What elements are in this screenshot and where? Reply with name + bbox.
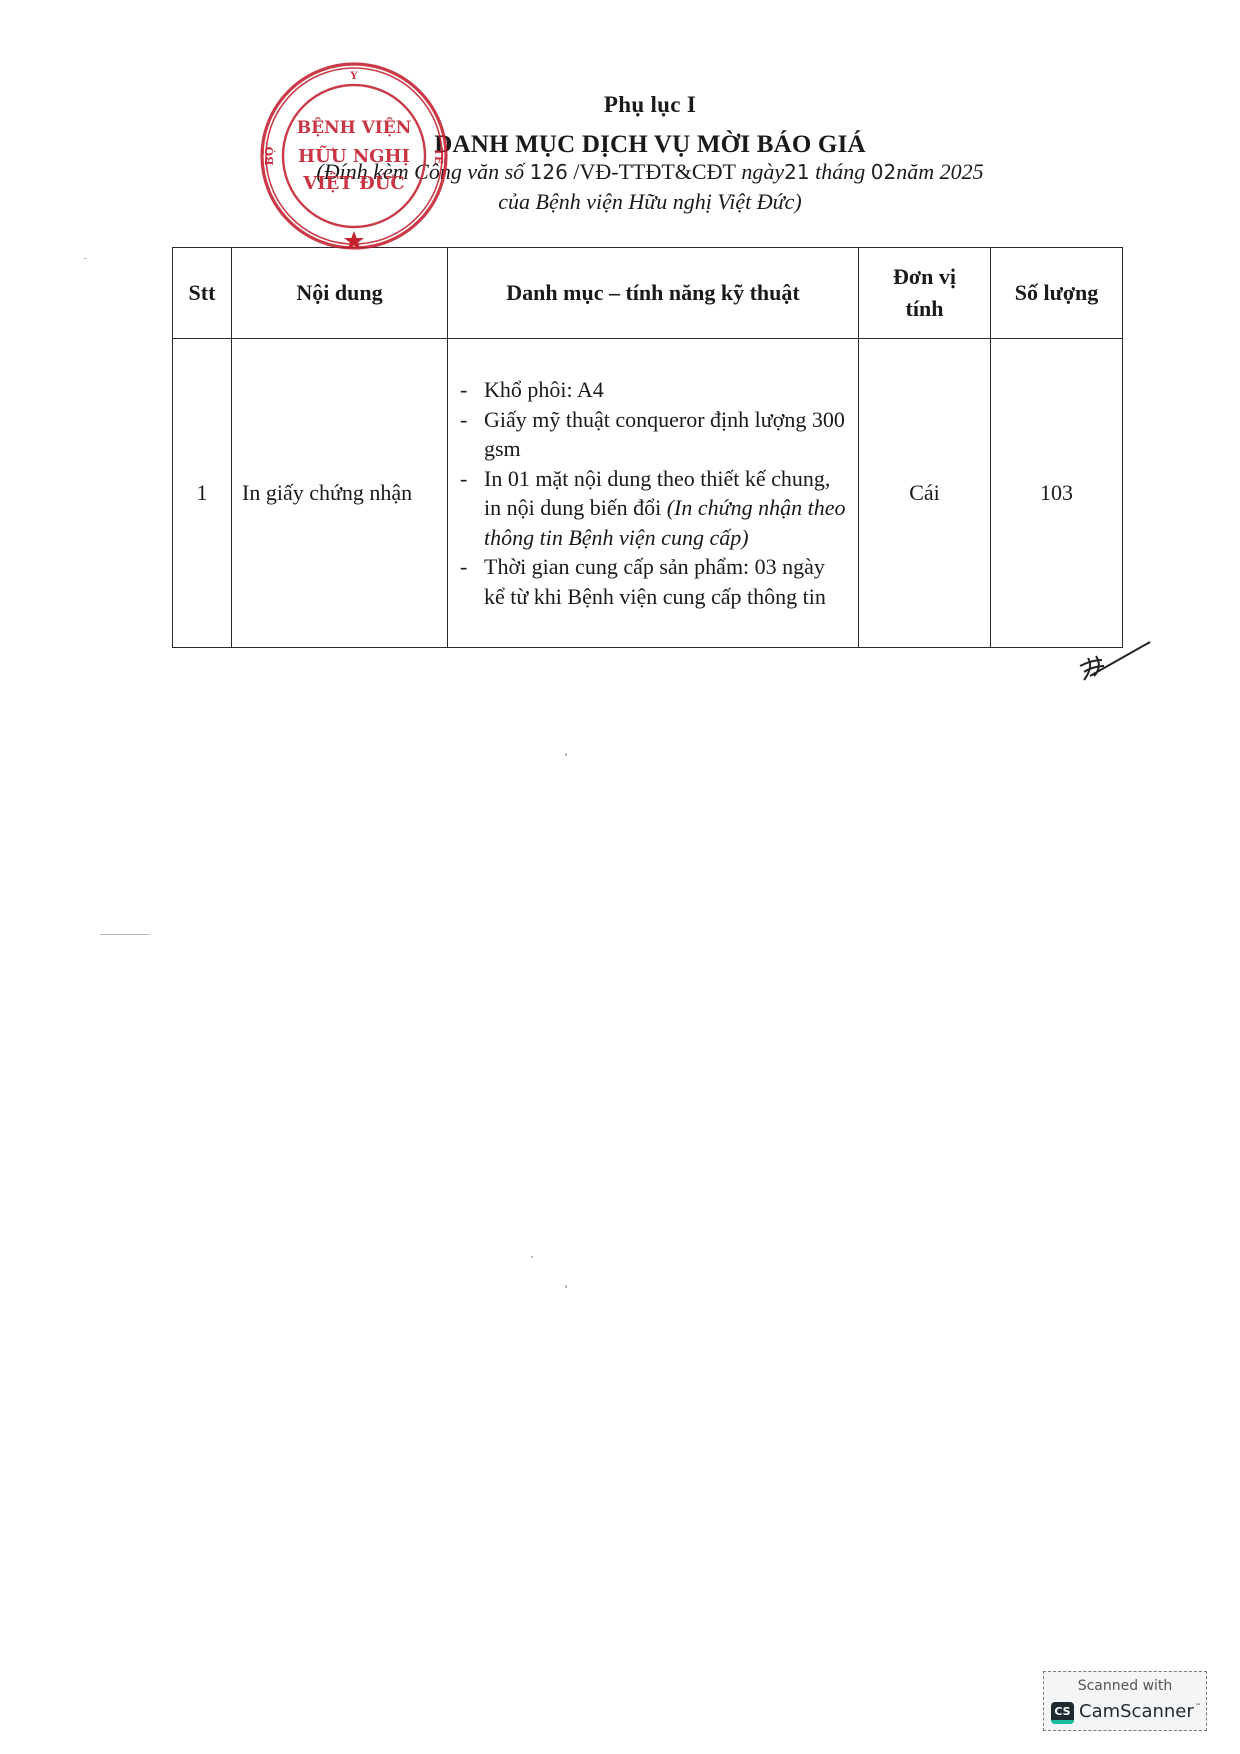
month-label: tháng xyxy=(815,159,865,184)
year-label: năm 2025 xyxy=(896,159,983,184)
spec-item: In 01 mặt nội dung theo thiết kế chung, … xyxy=(460,464,848,553)
stamp-line-1: BỆNH VIỆN xyxy=(297,117,411,138)
header-unit: Đơn vị tính xyxy=(859,248,991,339)
cell-stt: 1 xyxy=(173,339,232,648)
header-stt: Stt xyxy=(173,248,232,339)
scan-artifact xyxy=(531,1256,533,1258)
header-unit-line2: tính xyxy=(859,293,990,325)
scan-artifact xyxy=(565,753,567,756)
spec-item-text: Thời gian cung cấp sản phẩm: 03 ngày kể … xyxy=(484,554,826,609)
cell-spec: Khổ phôi: A4Giấy mỹ thuật conqueror định… xyxy=(448,339,859,648)
header-unit-line1: Đơn vị xyxy=(859,261,990,293)
table-row: 1 In giấy chứng nhận Khổ phôi: A4Giấy mỹ… xyxy=(173,339,1123,648)
cell-unit: Cái xyxy=(859,339,991,648)
appendix-label: Phụ lục I xyxy=(540,92,760,118)
handwritten-initial-icon xyxy=(1070,636,1154,684)
header-content: Nội dung xyxy=(232,248,448,339)
header-quantity: Số lượng xyxy=(991,248,1123,339)
stamp-left-text: BỘ xyxy=(261,146,276,165)
cell-content: In giấy chứng nhận xyxy=(232,339,448,648)
stamp-right-text: TẾ xyxy=(432,148,447,165)
spec-item: Thời gian cung cấp sản phẩm: 03 ngày kể … xyxy=(460,552,848,611)
hospital-stamp-icon: BỆNH VIỆN HỮU NGHỊ VIỆT ĐỨC Y BỘ TẾ xyxy=(258,60,450,252)
trademark-symbol: ™ xyxy=(1195,1703,1201,1710)
spec-item: Giấy mỹ thuật conqueror định lượng 300 g… xyxy=(460,405,848,464)
camscanner-brand: CamScanner xyxy=(1079,1701,1194,1722)
scan-artifact xyxy=(100,934,150,935)
stamp-top-text: Y xyxy=(349,71,358,82)
spec-item: Khổ phôi: A4 xyxy=(460,375,848,405)
handwritten-day: 21 xyxy=(784,160,809,184)
day-label: ngày xyxy=(741,159,784,184)
table-header-row: Stt Nội dung Danh mục – tính năng kỹ thu… xyxy=(173,248,1123,339)
camscanner-watermark: Scanned with CS CamScanner ™ xyxy=(1043,1671,1207,1731)
stamp-line-2: HỮU NGHỊ xyxy=(298,144,410,167)
handwritten-month: 02 xyxy=(871,160,896,184)
spec-item-text: Giấy mỹ thuật conqueror định lượng 300 g… xyxy=(484,407,845,462)
doc-code: /VĐ-TTĐT&CĐT xyxy=(573,159,736,184)
scan-artifact xyxy=(565,1285,567,1288)
document-title: DANH MỤC DỊCH VỤ MỜI BÁO GIÁ xyxy=(420,131,880,159)
handwritten-doc-number: 126 xyxy=(530,160,568,184)
cell-quantity: 103 xyxy=(991,339,1123,648)
scanned-with-label: Scanned with xyxy=(1044,1678,1206,1694)
header-spec: Danh mục – tính năng kỹ thuật xyxy=(448,248,859,339)
issuer-line: của Bệnh viện Hữu nghị Việt Đức) xyxy=(420,189,880,215)
stamp-line-3: VIỆT ĐỨC xyxy=(302,171,405,194)
spec-item-text: Khổ phôi: A4 xyxy=(484,377,604,402)
scan-artifact xyxy=(84,258,87,259)
spec-list: Khổ phôi: A4Giấy mỹ thuật conqueror định… xyxy=(448,375,858,611)
camscanner-logo-icon: CS xyxy=(1051,1702,1074,1724)
service-quote-table: Stt Nội dung Danh mục – tính năng kỹ thu… xyxy=(172,247,1123,648)
